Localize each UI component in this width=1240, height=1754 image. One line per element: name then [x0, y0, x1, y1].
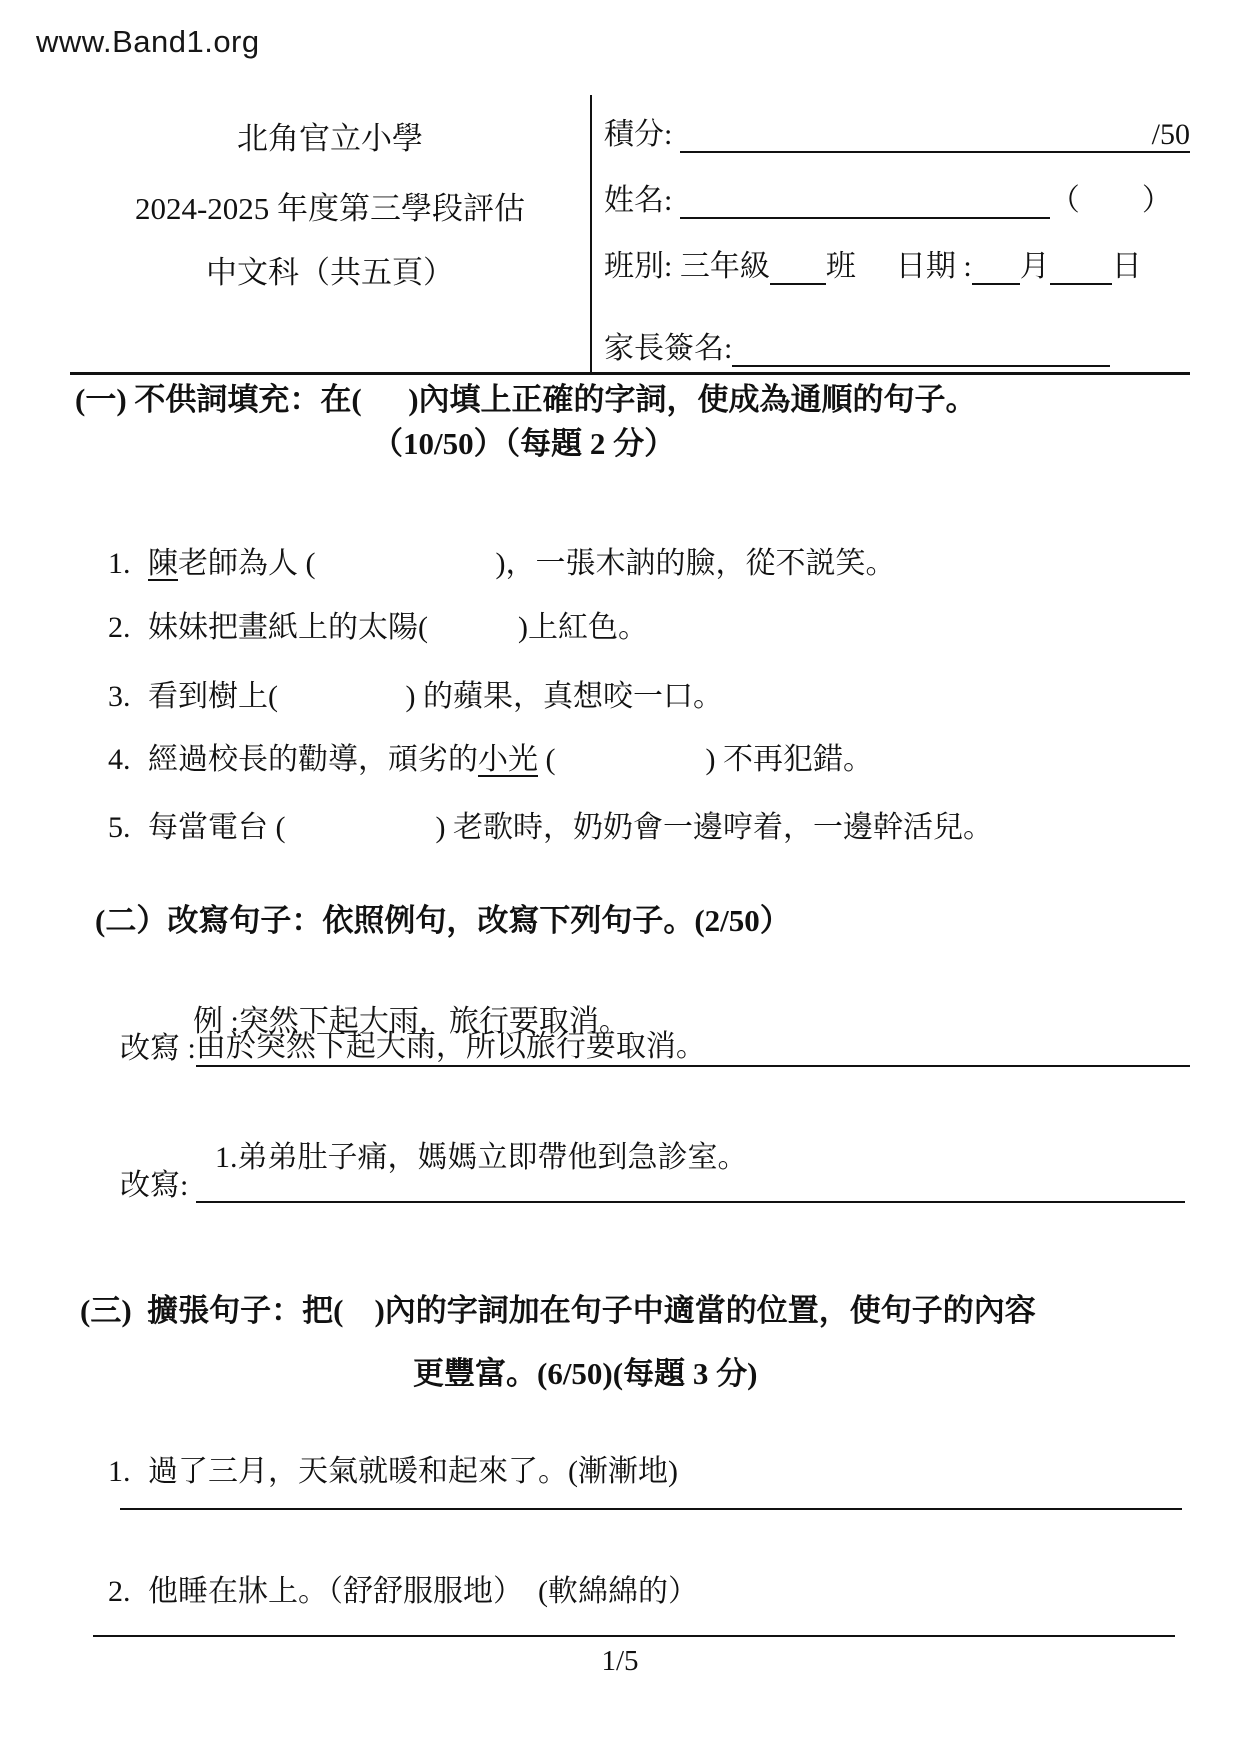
question-text: 妹妹把畫紙上的太陽( )上紅色。	[148, 611, 648, 644]
question-number: 5.	[108, 811, 148, 846]
exam-paper-page: www.Band1.org 北角官立小學 2024-2025 年度第三學段評估 …	[0, 0, 1240, 1754]
s2-rewrite-example: 改寫 :由於突然下起大雨，所以旅行要取消。	[120, 1030, 1190, 1067]
header-student-fields: 積分: /50 姓名: （ ） 班別: 三年級 班 日期 : 月 日	[604, 95, 1190, 372]
question-text: 他睡在牀上。（舒舒服服地） (軟綿綿的）	[148, 1575, 698, 1608]
s1-question-5: 5.每當電台 ( ) 老歌時，奶奶會一邊哼着，一邊幹活兒。	[78, 776, 993, 880]
name-label: 姓名:	[604, 175, 680, 219]
class-grade: 三年級	[680, 241, 770, 285]
name-paren-close: ）	[1142, 175, 1172, 219]
question-number: 2.	[108, 611, 148, 646]
section2-title: (二）改寫句子：依照例句，改寫下列句子。(2/50）	[95, 903, 791, 939]
score-row: 積分: /50	[604, 109, 1190, 153]
section3-title-line1: (三) 擴張句子：把( )內的字詞加在句子中適當的位置，使句子的內容	[80, 1293, 1036, 1329]
underlined-word: 陳	[148, 547, 178, 580]
rewrite-example-text: 由於突然下起大雨，所以旅行要取消。	[196, 1030, 706, 1067]
page-number: 1/5	[0, 1645, 1240, 1678]
parent-signature-label: 家長簽名:	[604, 323, 732, 367]
date-day-blank	[1050, 253, 1112, 285]
underlined-word: 小光	[478, 743, 538, 776]
name-row: 姓名: （ ）	[604, 175, 1190, 219]
watermark-url: www.Band1.org	[36, 24, 260, 60]
date-day-label: 日	[1112, 241, 1142, 285]
s2-answer-row: 改寫:	[120, 1168, 1185, 1203]
question-number: 2.	[108, 1575, 148, 1610]
header-vertical-divider	[590, 95, 592, 372]
school-name: 北角官立小學	[70, 113, 590, 158]
name-blank	[680, 187, 1050, 219]
class-blank	[770, 253, 826, 285]
class-suffix: 班	[826, 241, 856, 285]
header-block: 北角官立小學 2024-2025 年度第三學段評估 中文科（共五頁） 積分: /…	[70, 95, 1190, 375]
date-label: 日期 :	[896, 241, 972, 285]
section1-subtitle: （10/50）（每題 2 分）	[372, 426, 675, 462]
section3-title-line2: 更豐富。(6/50)(每題 3 分)	[413, 1356, 757, 1392]
answer-blank-line	[196, 1168, 1185, 1203]
year-term: 2024-2025 年度第三學段評估	[70, 183, 590, 228]
class-label: 班別:	[604, 241, 680, 285]
date-month-label: 月	[1020, 241, 1050, 285]
rewrite-label: 改寫 :	[120, 1032, 196, 1067]
question-text: 經過校長的勸導，頑劣的	[148, 743, 478, 776]
date-month-blank	[972, 253, 1020, 285]
question-text: 每當電台 ( ) 老歌時，奶奶會一邊哼着，一邊幹活兒。	[148, 811, 993, 844]
score-total: /50	[1152, 118, 1190, 151]
question-number: 4.	[108, 743, 148, 778]
question-text: ( ) 不再犯錯。	[538, 743, 873, 776]
question-text: 老師為人 ( )，一張木訥的臉，從不説笑。	[178, 547, 895, 580]
subject-pages: 中文科（共五頁）	[70, 247, 590, 292]
parent-signature-blank	[732, 332, 1110, 367]
name-paren-open: （	[1050, 175, 1080, 219]
class-date-row: 班別: 三年級 班 日期 : 月 日	[604, 241, 1190, 285]
header-school-info: 北角官立小學 2024-2025 年度第三學段評估 中文科（共五頁）	[70, 95, 590, 372]
rewrite-example-line	[706, 1032, 1190, 1067]
answer-label: 改寫:	[120, 1169, 196, 1204]
s3-answer-blank-1	[120, 1478, 1182, 1510]
score-label: 積分:	[604, 109, 680, 153]
score-blank: /50	[680, 118, 1190, 153]
parent-signature-row: 家長簽名:	[604, 323, 1110, 367]
s3-answer-blank-2	[93, 1605, 1175, 1637]
section1-title: (一) 不供詞填充：在( )內填上正確的字詞，使成為通順的句子。	[75, 382, 977, 418]
